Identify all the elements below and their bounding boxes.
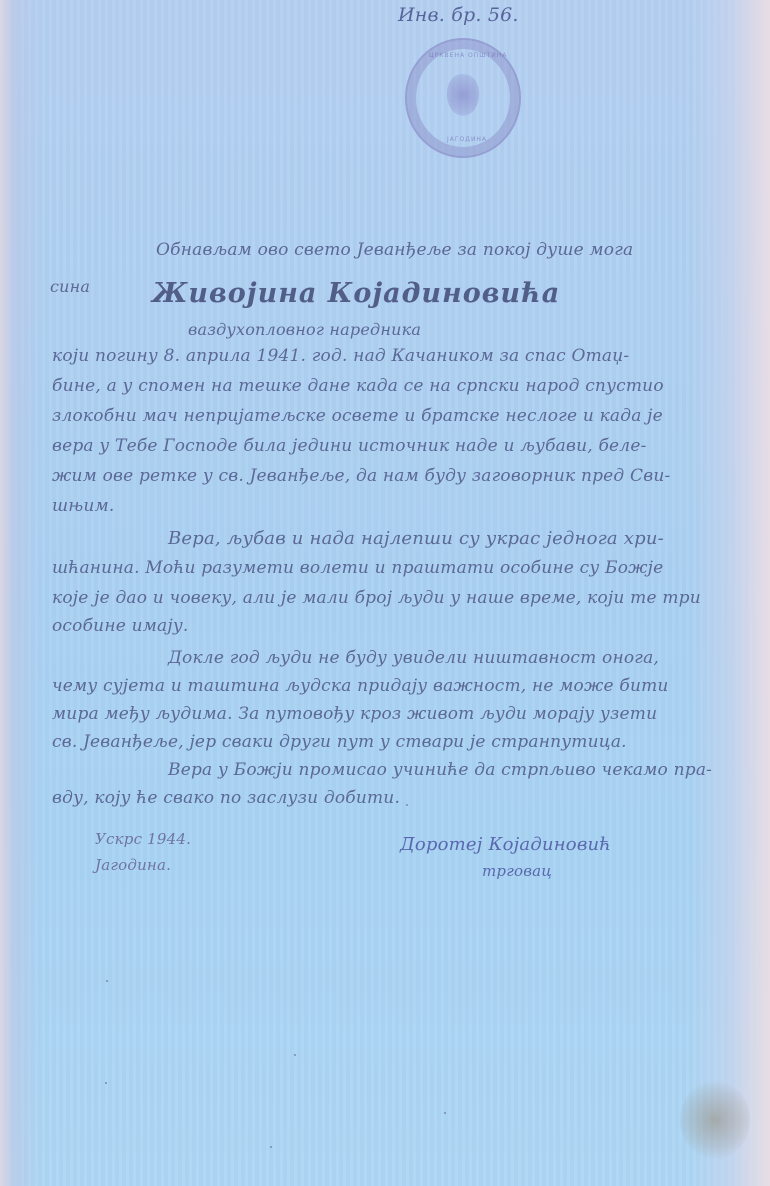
seal-text-bottom: ЈАГОДИНА <box>447 136 487 143</box>
body-line: злокобни мач непријатељске освете и брат… <box>52 406 663 426</box>
dedication-son-word: сина <box>50 277 90 296</box>
paper-speck <box>106 980 108 982</box>
document-page: Инв. бр. 56. ЦРКВЕНА ОПШТИНА ЈАГОДИНА Об… <box>0 0 770 1186</box>
date: Ускрс 1944. <box>95 830 191 848</box>
dedication-intro: Обнављам ово свето Јеванђеље за покој ду… <box>156 240 633 260</box>
body-line: вера у Тебе Господе била једини источник… <box>52 436 647 456</box>
paper-speck <box>406 804 408 806</box>
archive-number: Инв. бр. 56. <box>398 4 519 26</box>
paper-speck <box>270 1146 272 1148</box>
body-line: Докле год људи не буду увидели ништавнос… <box>168 648 659 668</box>
body-line: бине, а у спомен на тешке дане када се н… <box>52 376 664 396</box>
deceased-rank: ваздухопловног наредника <box>188 320 421 339</box>
body-line: жим ове ретке у св. Јеванђеље, да нам бу… <box>52 466 670 486</box>
body-line: мира међу људима. За путовођу кроз живот… <box>52 704 657 724</box>
body-line: шћанина. Моћи разумети волети и праштати… <box>52 558 663 578</box>
body-line: који погину 8. априла 1941. год. над Кач… <box>52 346 629 366</box>
body-line: Вера у Божји промисао учиниће да стрпљив… <box>168 760 712 780</box>
signature: Доротеј Којадиновић <box>400 834 611 855</box>
paper-speck <box>294 1054 296 1056</box>
coat-of-arms-icon <box>447 74 479 116</box>
seal-text-top: ЦРКВЕНА ОПШТИНА <box>429 52 507 59</box>
body-line: шњим. <box>52 496 114 516</box>
body-line: св. Јеванђеље, јер сваки други пут у ств… <box>52 732 627 752</box>
paper-speck <box>444 1112 446 1114</box>
body-line: чему сујета и таштина људска придају важ… <box>52 676 669 696</box>
body-line: особине имају. <box>52 616 189 636</box>
body-line: вду, коју ће свако по заслузи добити. <box>52 788 400 808</box>
body-line: које је дао и човеку, али је мали број љ… <box>52 588 701 608</box>
seal-stamp: ЦРКВЕНА ОПШТИНА ЈАГОДИНА <box>405 38 521 158</box>
place: Јагодина. <box>95 856 171 874</box>
paper-speck <box>105 1082 107 1084</box>
paper-stain <box>680 1080 750 1160</box>
deceased-name: Живојина Којадиновића <box>152 278 560 309</box>
signature-title: трговац <box>482 862 552 880</box>
body-line: Вера, љубав и нада најлепши су украс јед… <box>168 528 664 549</box>
